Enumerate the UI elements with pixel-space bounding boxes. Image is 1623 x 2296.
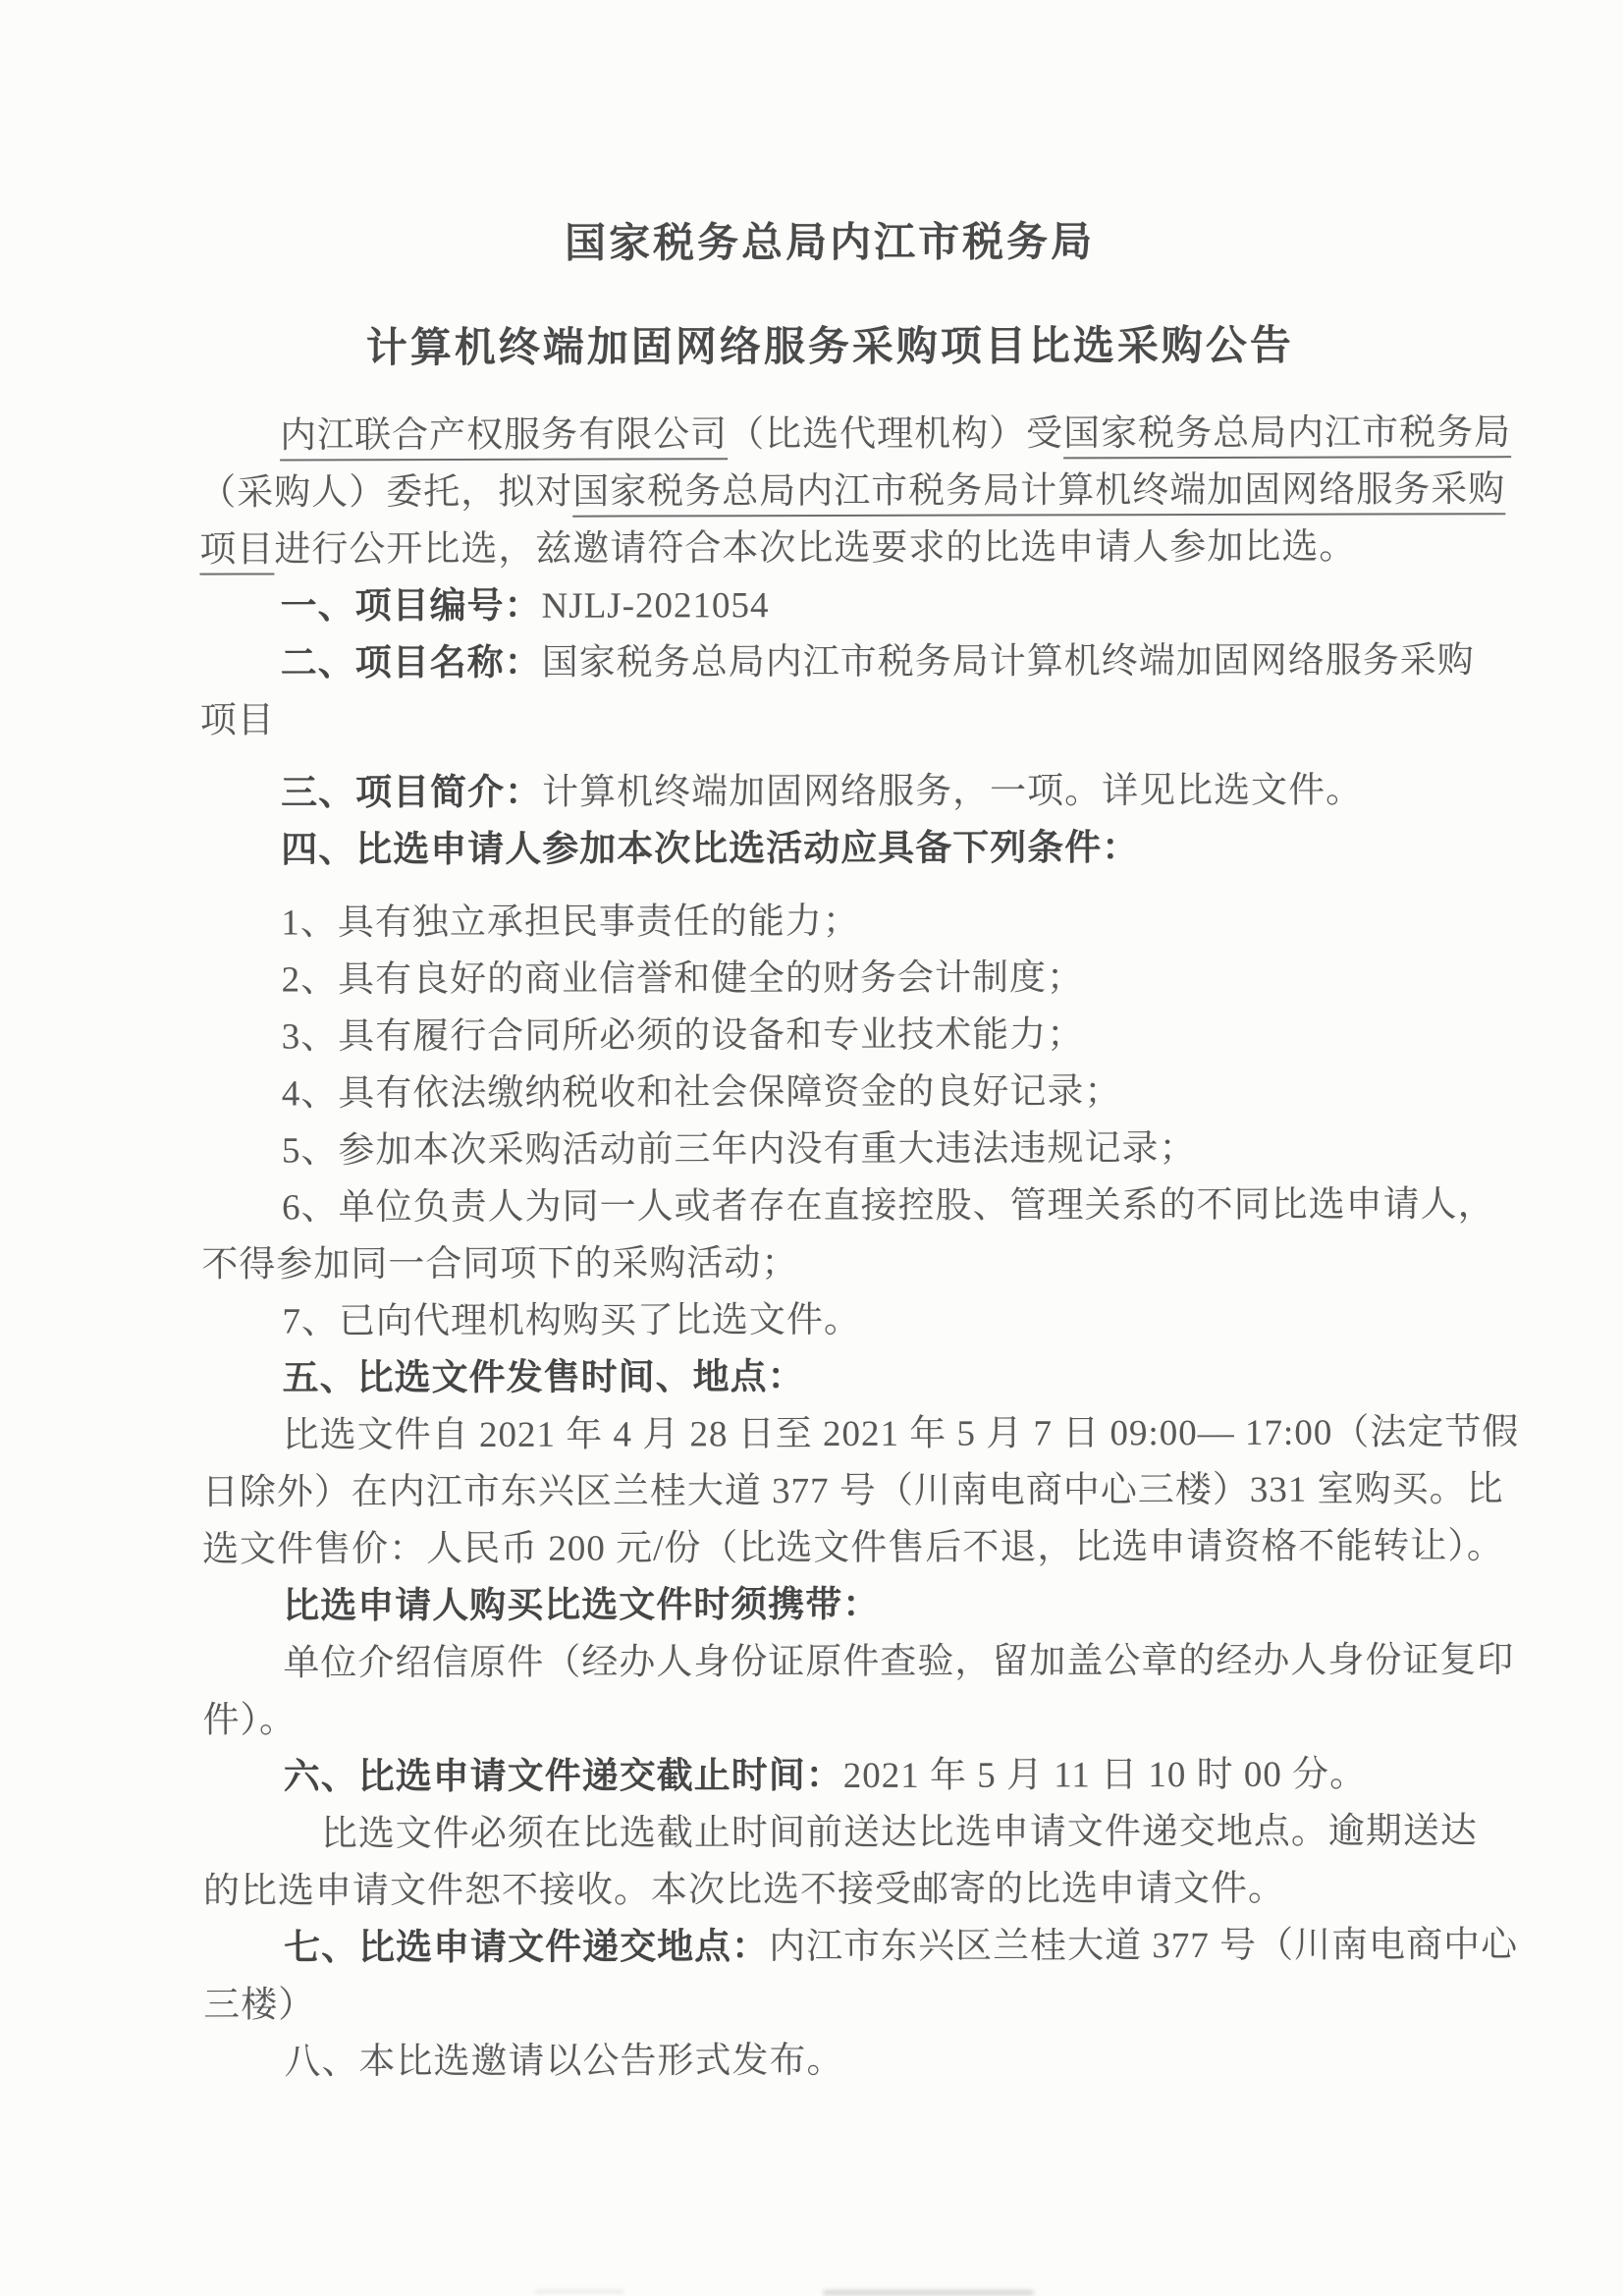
text-segment: 不得参加同一合同项下的采购活动； xyxy=(201,1243,798,1285)
text-segment: 比选文件必须在比选截止时间前送达比选申请文件递交地点。逾期送达 xyxy=(321,1811,1478,1854)
document-line: 七、比选申请文件递交地点：内江市东兴区兰桂大道 377 号（川南电商中心 xyxy=(203,1917,1465,1977)
underlined-text: 内江联合产权服务有限公司 xyxy=(280,414,728,461)
text-segment: 1、具有独立承担民事责任的能力； xyxy=(281,902,860,944)
text-segment: 进行公开比选，兹邀请符合本次比选要求的比选申请人参加比选。 xyxy=(274,527,1356,571)
document-line: 六、比选申请文件递交截止时间：2021 年 5 月 11 日 10 时 00 分… xyxy=(203,1746,1465,1806)
text-segment: 7、已向代理机构购买了比选文件。 xyxy=(282,1300,861,1342)
document-page: 国家税务总局内江市税务局 计算机终端加固网络服务采购项目比选采购公告 内江联合产… xyxy=(0,0,1623,2296)
document-line: 比选文件自 2021 年 4 月 28 日至 2021 年 5 月 7 日 09… xyxy=(202,1404,1464,1464)
document-content: 国家税务总局内江市税务局 计算机终端加固网络服务采购项目比选采购公告 内江联合产… xyxy=(199,216,1466,2091)
text-segment: 选文件售价：人民币 200 元/份（比选文件售后不退，比选申请资格不能转让）。 xyxy=(202,1526,1504,1569)
text-segment: 2、具有良好的商业信誉和健全的财务会计制度； xyxy=(281,957,1084,1000)
document-line: 三楼） xyxy=(203,1974,1465,2034)
text-segment: 2021 年 5 月 11 日 10 时 00 分。 xyxy=(843,1755,1367,1796)
document-line: 选文件售价：人民币 200 元/份（比选文件售后不退，比选申请资格不能转让）。 xyxy=(202,1518,1464,1578)
text-segment: 的比选申请文件恕不接收。本次比选不接受邮寄的比选申请文件。 xyxy=(203,1869,1285,1912)
bold-heading-text: 四、比选申请人参加本次比选活动应具备下列条件： xyxy=(281,828,1139,870)
bold-heading-text: 比选申请人购买比选文件时须携带： xyxy=(283,1585,880,1627)
text-segment: 3、具有履行合同所必须的设备和专业技术能力； xyxy=(282,1014,1085,1057)
document-line: 6、单位负责人为同一人或者存在直接控股、管理关系的不同比选申请人， xyxy=(201,1176,1463,1236)
text-segment: 八、本比选邀请以公告形式发布。 xyxy=(284,2041,843,2082)
bold-heading-text: 二、项目名称： xyxy=(281,643,542,684)
text-segment: 国家税务总局内江市税务局计算机终端加固网络服务采购 xyxy=(542,640,1475,683)
document-title-line2: 计算机终端加固网络服务采购项目比选采购公告 xyxy=(199,320,1461,374)
document-line: 不得参加同一合同项下的采购活动； xyxy=(201,1233,1463,1293)
document-line: （采购人）委托，拟对国家税务总局内江市税务局计算机终端加固网络服务采购 xyxy=(199,462,1461,521)
document-title-line1: 国家税务总局内江市税务局 xyxy=(199,216,1461,270)
underlined-text: 项目 xyxy=(199,529,274,574)
bold-heading-text: 六、比选申请文件递交截止时间： xyxy=(284,1756,843,1797)
document-line: 四、比选申请人参加本次比选活动应具备下列条件： xyxy=(200,819,1462,879)
text-segment: 项目 xyxy=(200,700,275,740)
document-line: 日除外）在内江市东兴区兰桂大道 377 号（川南电商中心三楼）331 室购买。比 xyxy=(202,1461,1464,1521)
text-segment: 单位介绍信原件（经办人身份证原件查验，留加盖公章的经办人身份证复印 xyxy=(283,1640,1514,1683)
scan-artifact xyxy=(823,2290,1034,2295)
text-segment: （采购人）委托，拟对 xyxy=(199,472,572,514)
document-line: 5、参加本次采购活动前三年内没有重大违法违规记录； xyxy=(201,1120,1463,1179)
document-body: 内江联合产权服务有限公司（比选代理机构）受国家税务总局内江市税务局（采购人）委托… xyxy=(199,405,1465,2091)
document-line: 3、具有履行合同所必须的设备和专业技术能力； xyxy=(201,1006,1463,1066)
document-line: 内江联合产权服务有限公司（比选代理机构）受国家税务总局内江市税务局 xyxy=(199,405,1461,465)
text-segment: 日除外）在内江市东兴区兰桂大道 377 号（川南电商中心三楼）331 室购买。比 xyxy=(202,1469,1504,1512)
document-line: 的比选申请文件恕不接收。本次比选不接受邮寄的比选申请文件。 xyxy=(203,1860,1465,1920)
document-line: 7、已向代理机构购买了比选文件。 xyxy=(201,1290,1463,1350)
document-line: 八、本比选邀请以公告形式发布。 xyxy=(203,2031,1465,2091)
document-line: 4、具有依法缴纳税收和社会保障资金的良好记录； xyxy=(201,1063,1463,1122)
text-segment: 件）。 xyxy=(202,1700,297,1740)
document-line: 五、比选文件发售时间、地点： xyxy=(202,1347,1464,1407)
document-line: 项目 xyxy=(200,689,1462,749)
text-segment: 6、单位负责人为同一人或者存在直接控股、管理关系的不同比选申请人， xyxy=(282,1184,1495,1228)
bold-heading-text: 五、比选文件发售时间、地点： xyxy=(283,1357,805,1398)
text-segment: 内江市东兴区兰桂大道 377 号（川南电商中心 xyxy=(769,1925,1518,1967)
document-line: 件）。 xyxy=(202,1689,1464,1749)
document-line: 比选文件必须在比选截止时间前送达比选申请文件递交地点。逾期送达 xyxy=(203,1803,1465,1863)
text-segment: 三楼） xyxy=(203,1985,315,2025)
document-line: 一、项目编号：NJLJ-2021054 xyxy=(199,575,1461,635)
text-segment: 5、参加本次采购活动前三年内没有重大违法违规记录； xyxy=(282,1128,1197,1171)
underlined-text: 国家税务总局内江市税务局计算机终端加固网络服务采购 xyxy=(572,469,1505,517)
text-segment: 比选文件自 2021 年 4 月 28 日至 2021 年 5 月 7 日 09… xyxy=(283,1412,1520,1455)
text-segment: 计算机终端加固网络服务，一项。详见比选文件。 xyxy=(542,771,1363,813)
document-line: 单位介绍信原件（经办人身份证原件查验，留加盖公章的经办人身份证复印 xyxy=(202,1632,1464,1692)
bold-heading-text: 三、项目简介： xyxy=(281,773,542,814)
text-segment: （比选代理机构）受 xyxy=(728,413,1063,455)
scan-artifact xyxy=(535,2290,623,2293)
document-line: 2、具有良好的商业信誉和健全的财务会计制度； xyxy=(200,949,1462,1009)
bold-heading-text: 七、比选申请文件递交地点： xyxy=(284,1927,769,1968)
document-line: 三、项目简介：计算机终端加固网络服务，一项。详见比选文件。 xyxy=(200,762,1462,822)
document-line: 项目进行公开比选，兹邀请符合本次比选要求的比选申请人参加比选。 xyxy=(199,519,1461,578)
document-line: 1、具有独立承担民事责任的能力； xyxy=(200,892,1462,952)
underlined-text: 国家税务总局内江市税务局 xyxy=(1063,412,1511,459)
document-line: 二、项目名称：国家税务总局内江市税务局计算机终端加固网络服务采购 xyxy=(200,632,1462,692)
text-segment: NJLJ-2021054 xyxy=(541,585,769,627)
bold-heading-text: 一、项目编号： xyxy=(280,586,541,628)
document-line: 比选申请人购买比选文件时须携带： xyxy=(202,1575,1464,1635)
text-segment: 4、具有依法缴纳税收和社会保障资金的良好记录； xyxy=(282,1071,1122,1114)
